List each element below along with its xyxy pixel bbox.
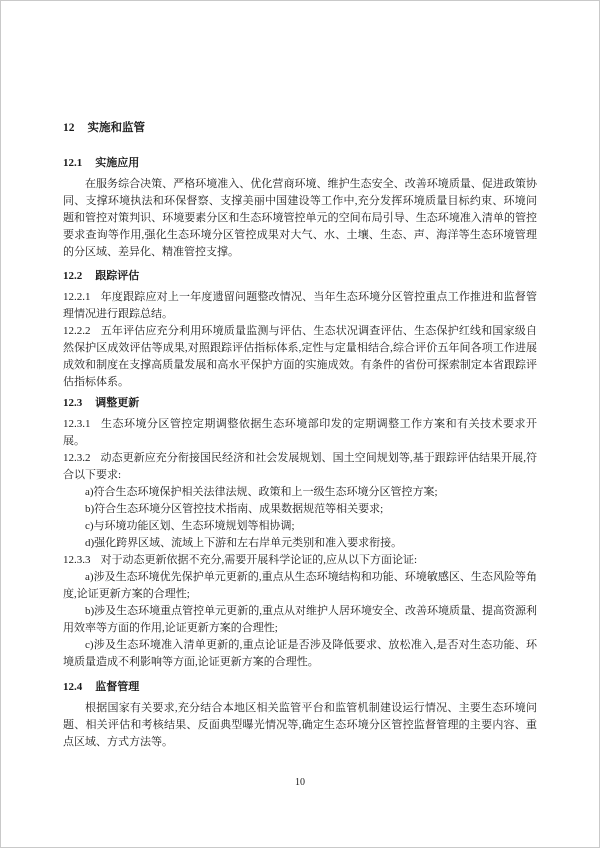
section-number: 12.2 bbox=[63, 270, 82, 282]
section-title: 调整更新 bbox=[95, 397, 139, 409]
list-item: c)与环境功能区划、生态环境规划等相协调; bbox=[63, 518, 537, 535]
clause-paragraph: 12.3.3对于动态更新依据不充分,需要开展科学论证的,应从以下方面论证: bbox=[63, 552, 537, 569]
clause-paragraph: 12.2.2五年评估应充分利用环境质量监测与评估、生态状况调查评估、生态保护红线… bbox=[63, 323, 537, 391]
body-paragraph: 根据国家有关要求,充分结合本地区相关监管平台和监管机制建设运行情况、主要生态环境… bbox=[63, 700, 537, 751]
clause-text: 对于动态更新依据不充分,需要开展科学论证的,应从以下方面论证: bbox=[101, 554, 418, 566]
chapter-title: 实施和监管 bbox=[88, 122, 146, 134]
chapter-number: 12 bbox=[63, 122, 75, 134]
page-number: 10 bbox=[0, 776, 600, 790]
clause-paragraph: 12.3.2动态更新应充分衔接国民经济和社会发展规划、国土空间规划等,基于跟踪评… bbox=[63, 450, 537, 484]
document-page: 12实施和监管 12.1实施应用 在服务综合决策、严格环境准入、优化营商环境、维… bbox=[0, 0, 600, 848]
section-heading-12-2: 12.2跟踪评估 bbox=[63, 268, 537, 285]
list-item: a)涉及生态环境优先保护单元更新的,重点从生态环境结构和功能、环境敏感区、生态风… bbox=[63, 569, 537, 603]
list-item: a)符合生态环境保护相关法律法规、政策和上一级生态环境分区管控方案; bbox=[63, 484, 537, 501]
section-heading-12-3: 12.3调整更新 bbox=[63, 395, 537, 412]
list-item: b)涉及生态环境重点管控单元更新的,重点从对维护人居环境安全、改善环境质量、提高… bbox=[63, 603, 537, 637]
clause-text: 生态环境分区管控定期调整依据生态环境部印发的定期调整工作方案和有关技术要求开展。 bbox=[63, 418, 537, 447]
clause-number: 12.2.1 bbox=[63, 291, 91, 303]
list-item: c)涉及生态环境准入清单更新的,重点论证是否涉及降低要求、放松准入,是否对生态功… bbox=[63, 637, 537, 671]
clause-number: 12.3.1 bbox=[63, 418, 91, 430]
clause-number: 12.3.3 bbox=[63, 554, 91, 566]
section-number: 12.4 bbox=[63, 681, 82, 693]
section-title: 跟踪评估 bbox=[95, 270, 139, 282]
clause-text: 年度跟踪应对上一年度遗留问题整改情况、当年生态环境分区管控重点工作推进和监督管理… bbox=[63, 291, 537, 320]
clause-paragraph: 12.3.1生态环境分区管控定期调整依据生态环境部印发的定期调整工作方案和有关技… bbox=[63, 416, 537, 450]
list-item: b)符合生态环境分区管控技术指南、成果数据规范等相关要求; bbox=[63, 501, 537, 518]
chapter-heading: 12实施和监管 bbox=[63, 0, 537, 137]
section-heading-12-1: 12.1实施应用 bbox=[63, 155, 537, 172]
section-number: 12.3 bbox=[63, 397, 82, 409]
list-item: d)强化跨界区域、流域上下游和左右岸单元类别和准入要求衔接。 bbox=[63, 535, 537, 552]
section-title: 实施应用 bbox=[95, 157, 139, 169]
section-heading-12-4: 12.4监督管理 bbox=[63, 679, 537, 696]
body-paragraph: 在服务综合决策、严格环境准入、优化营商环境、维护生态安全、改善环境质量、促进政策… bbox=[63, 176, 537, 261]
clause-text: 动态更新应充分衔接国民经济和社会发展规划、国土空间规划等,基于跟踪评估结果开展,… bbox=[63, 452, 537, 481]
clause-number: 12.2.2 bbox=[63, 325, 91, 337]
clause-text: 五年评估应充分利用环境质量监测与评估、生态状况调查评估、生态保护红线和国家级自然… bbox=[63, 325, 537, 388]
section-number: 12.1 bbox=[63, 157, 82, 169]
clause-number: 12.3.2 bbox=[63, 452, 91, 464]
section-title: 监督管理 bbox=[95, 681, 139, 693]
page-content: 12实施和监管 12.1实施应用 在服务综合决策、严格环境准入、优化营商环境、维… bbox=[63, 0, 537, 751]
clause-paragraph: 12.2.1年度跟踪应对上一年度遗留问题整改情况、当年生态环境分区管控重点工作推… bbox=[63, 289, 537, 323]
